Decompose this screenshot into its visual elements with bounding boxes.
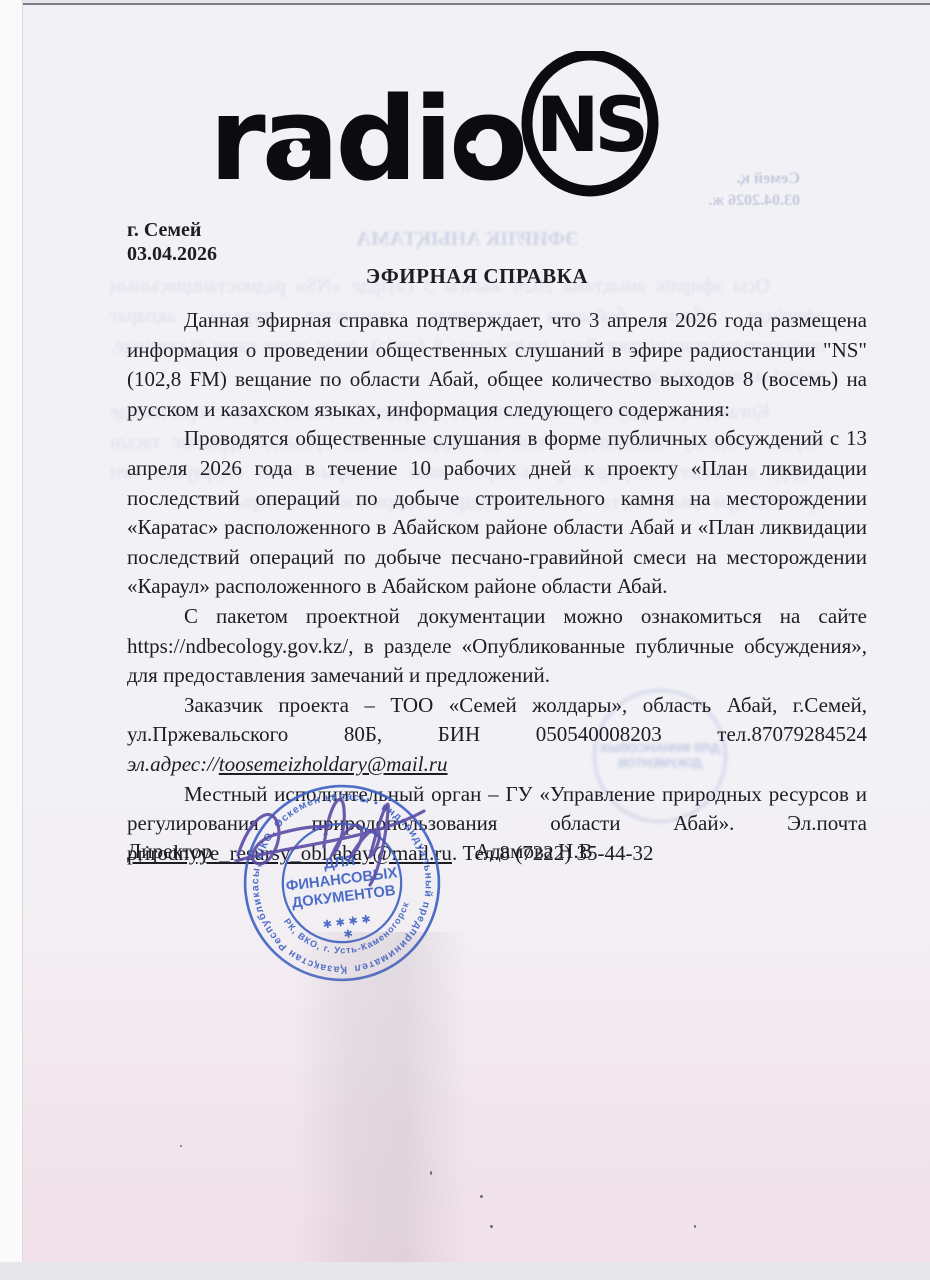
- director-name: Адамова Н.В: [475, 839, 593, 864]
- dust-speck: [694, 1225, 696, 1228]
- logo-record-dot-d: [361, 141, 374, 154]
- ghost-date: 03.04.2026 ж.: [670, 190, 800, 212]
- doc-title: ЭФИРНАЯ СПРАВКА: [127, 264, 827, 289]
- doc-text-segment: С пакетом проектной документации можно о…: [127, 604, 867, 687]
- dust-speck: [180, 1145, 182, 1147]
- dust-speck: [480, 1195, 483, 1198]
- date-label: 03.04.2026: [127, 242, 217, 266]
- radio-ns-logo: radio NS: [207, 51, 667, 203]
- doc-text-segment: Заказчик проекта – ТОО «Семей жолдары», …: [127, 693, 867, 747]
- scanned-page: { "logo": { "brand": "radio", "suffix": …: [0, 0, 930, 1280]
- doc-paragraph: Проводятся общественные слушания в форме…: [127, 424, 867, 602]
- doc-text-segment: Данная эфирная справка подтверждает, что…: [127, 308, 867, 421]
- scan-top-edge: [22, 3, 930, 5]
- doc-text-segment: эл.адрес://: [127, 752, 219, 776]
- ghost-city: Семей қ.: [670, 168, 800, 190]
- director-label: Директор: [127, 839, 212, 863]
- paper: Семей қ. 03.04.2026 ж. ЭФИРЛІК АНЫҚТАМА …: [22, 3, 930, 1262]
- doc-text-segment: Проводятся общественные слушания в форме…: [127, 426, 867, 598]
- city-date-block: г. Семей 03.04.2026: [127, 218, 217, 266]
- doc-paragraph: С пакетом проектной документации можно о…: [127, 602, 867, 691]
- doc-paragraph: Заказчик проекта – ТОО «Семей жолдары», …: [127, 691, 867, 780]
- signature-ink: [218, 775, 458, 905]
- logo-record-dot-a: [290, 141, 303, 154]
- city-label: г. Семей: [127, 218, 217, 242]
- ghost-city-date: Семей қ. 03.04.2026 ж.: [670, 168, 800, 212]
- stamp-star-single: ✱: [343, 927, 354, 941]
- paper-shadow: [22, 932, 930, 1262]
- logo-wordmark: radio: [209, 73, 524, 203]
- scan-left-margin: [0, 0, 23, 1262]
- ghost-title: ЭФИРЛІК АНЫҚТАМА: [110, 228, 825, 251]
- dust-speck: [430, 1171, 432, 1175]
- dust-speck: [490, 1225, 493, 1228]
- doc-paragraph: Данная эфирная справка подтверждает, что…: [127, 306, 867, 424]
- logo-record-dot-o: [467, 141, 480, 154]
- logo-suffix: NS: [536, 80, 645, 169]
